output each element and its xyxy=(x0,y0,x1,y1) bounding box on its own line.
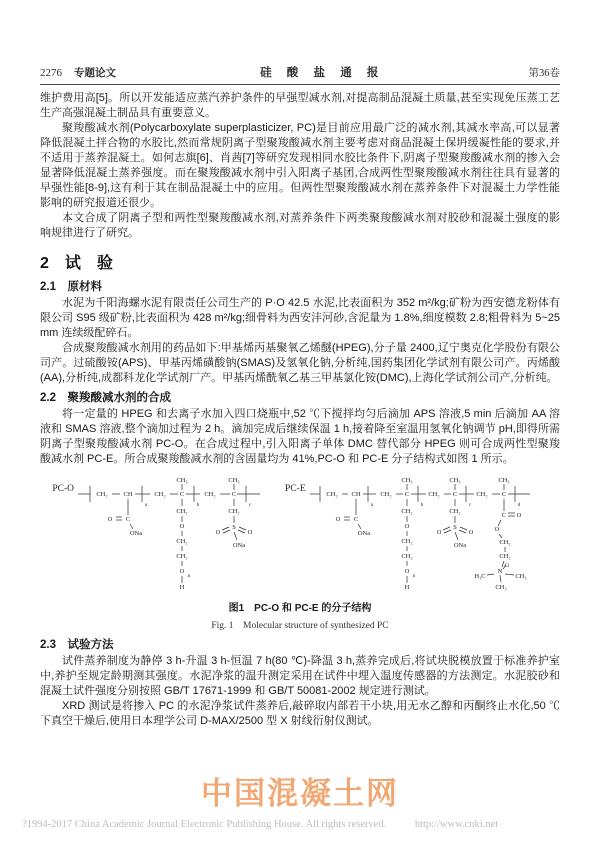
svg-text:CH₂: CH₂ xyxy=(476,491,487,498)
column-title: 专题论文 xyxy=(74,65,116,80)
svg-text:b: b xyxy=(197,503,200,508)
svg-text:H: H xyxy=(180,584,185,591)
article-body: 维护费用高[5]。所以开发能适应蒸汽养护条件的早强型减水剂,对提高制品混凝土质量… xyxy=(40,91,560,729)
svg-text:CH₂: CH₂ xyxy=(228,508,239,515)
structure-label-pc-o: PC-O xyxy=(52,484,74,494)
svg-text:CH₂: CH₂ xyxy=(401,553,412,560)
structure-drawing-pc-e: CH₂CHCH₂CCH₂CCH₂CabcdOCONaCH₃CH₂OCH₂CH₂O… xyxy=(308,475,548,595)
section-2-3-heading: 2.3 试验方法 xyxy=(40,636,560,652)
paragraph-raw-materials: 水泥为千阳海螺水泥有限责任公司生产的 P·O 42.5 水泥,比表面积为 352… xyxy=(40,296,560,341)
svg-text:a: a xyxy=(145,503,148,508)
svg-text:H₃C: H₃C xyxy=(474,573,485,580)
svg-text:O: O xyxy=(216,529,221,536)
svg-text:S: S xyxy=(453,524,457,531)
figure-1: PC-O CH₂CHCH₂CCH₂CabcOCONaCH₃CH₂OCH₂CH₂O… xyxy=(40,475,560,631)
scanned-paper-page: 2276 专题论文 硅 酸 盐 通 报 第36卷 维护费用高[5]。所以开发能适… xyxy=(0,0,600,849)
section-2-heading: 2 试 验 xyxy=(40,250,560,273)
svg-text:C: C xyxy=(232,491,236,498)
page-number: 2276 xyxy=(40,67,62,79)
svg-text:N: N xyxy=(497,568,502,575)
paragraph-test-method: 试件蒸养制度为静停 3 h-升温 3 h-恒温 7 h(80 ℃)-降温 3 h… xyxy=(40,654,560,699)
svg-text:O: O xyxy=(108,516,113,523)
structure-pc-e: PC-E CH₂CHCH₂CCH₂CCH₂CabcdOCONaCH₃CH₂OCH… xyxy=(285,475,548,595)
svg-text:CH: CH xyxy=(351,491,360,498)
svg-text:CH₂: CH₂ xyxy=(326,491,337,498)
svg-text:n: n xyxy=(412,574,415,579)
svg-text:O: O xyxy=(180,523,185,530)
figure-caption-en: Fig. 1 Molecular structure of synthesize… xyxy=(40,617,560,631)
svg-text:S: S xyxy=(232,524,236,531)
svg-text:O: O xyxy=(404,523,409,530)
svg-text:CH₂: CH₂ xyxy=(204,491,215,498)
svg-text:CH₃: CH₃ xyxy=(176,477,187,484)
svg-text:a: a xyxy=(371,503,374,508)
svg-text:c: c xyxy=(249,503,252,508)
svg-text:b: b xyxy=(420,503,423,508)
svg-text:C: C xyxy=(452,491,456,498)
svg-text:CH₂: CH₂ xyxy=(380,491,391,498)
svg-text:O: O xyxy=(180,568,185,575)
svg-text:O: O xyxy=(404,568,409,575)
svg-text:CH₂: CH₂ xyxy=(154,491,165,498)
svg-text:n: n xyxy=(188,574,191,579)
paragraph-synthesis: 将一定量的 HPEG 和去离子水加入四口烧瓶中,52 ℃下搅拌均匀后滴加 APS… xyxy=(40,407,560,467)
paragraph-xrd: XRD 测试是将掺入 PC 的水泥净浆试件蒸养后,敲碎取内部若干小块,用无水乙醇… xyxy=(40,699,560,729)
svg-text:CH₂: CH₂ xyxy=(449,508,460,515)
svg-text:CH₃: CH₃ xyxy=(449,477,460,484)
svg-text:CH₂: CH₂ xyxy=(401,538,412,545)
molecular-structures: PC-O CH₂CHCH₂CCH₂CabcOCONaCH₃CH₂OCH₂CH₂O… xyxy=(40,475,560,595)
volume-label: 第36卷 xyxy=(529,65,561,80)
svg-text:CH₂: CH₂ xyxy=(401,508,412,515)
running-head: 2276 专题论文 硅 酸 盐 通 报 第36卷 xyxy=(40,64,560,85)
svg-text:O: O xyxy=(248,529,253,536)
svg-text:CH₃: CH₃ xyxy=(498,477,509,484)
structure-pc-o: PC-O CH₂CHCH₂CCH₂CabcOCONaCH₃CH₂OCH₂CH₂O… xyxy=(52,475,271,595)
paragraph-intro-pc: 聚羧酸减水剂(Polycarboxylate superplasticizer,… xyxy=(40,121,560,211)
svg-text:O: O xyxy=(436,529,441,536)
section-2-1-heading: 2.1 原材料 xyxy=(40,278,560,294)
svg-text:CH₃: CH₃ xyxy=(515,573,526,580)
svg-text:CH₂: CH₂ xyxy=(499,553,510,560)
svg-text:c: c xyxy=(469,503,472,508)
paragraph-chemicals: 合成聚羧酸减水剂用的药品如下:甲基烯丙基聚氧乙烯醚(HPEG),分子量 2400… xyxy=(40,341,560,386)
svg-text:O: O xyxy=(516,512,521,519)
svg-text:CH₂: CH₂ xyxy=(499,539,510,546)
svg-text:Cl: Cl xyxy=(504,564,509,569)
figure-caption-zh: 图1 PC-O 和 PC-E 的分子结构 xyxy=(40,599,560,614)
svg-text:C: C xyxy=(404,491,408,498)
svg-text:CH₂: CH₂ xyxy=(176,508,187,515)
svg-text:C: C xyxy=(501,491,505,498)
svg-text:CH₃: CH₃ xyxy=(228,477,239,484)
copyright-text: ?1994-2017 China Academic Journal Electr… xyxy=(22,819,386,830)
svg-text:O: O xyxy=(468,529,473,536)
svg-text:d: d xyxy=(517,503,520,508)
svg-text:ONa: ONa xyxy=(453,542,465,549)
paragraph-continuation: 维护费用高[5]。所以开发能适应蒸汽养护条件的早强型减水剂,对提高制品混凝土质量… xyxy=(40,91,560,121)
cnki-url: http://www.cnki.net xyxy=(415,819,498,830)
svg-text:ONa: ONa xyxy=(130,530,142,537)
svg-text:CH₂: CH₂ xyxy=(428,491,439,498)
svg-text:C: C xyxy=(126,516,130,523)
svg-text:C: C xyxy=(353,516,357,523)
structure-label-pc-e: PC-E xyxy=(285,484,306,494)
svg-text:CH₃: CH₃ xyxy=(495,584,506,591)
svg-text:H: H xyxy=(404,584,409,591)
svg-text:O: O xyxy=(494,526,499,533)
svg-text:CH₂: CH₂ xyxy=(96,491,107,498)
svg-text:C: C xyxy=(501,512,505,519)
journal-title: 硅 酸 盐 通 报 xyxy=(116,64,529,80)
svg-text:CH₂: CH₂ xyxy=(176,538,187,545)
paragraph-scope: 本文合成了阴离子型和两性型聚羧酸减水剂,对蒸养条件下两类聚羧酸减水剂对胶砂和混凝… xyxy=(40,211,560,241)
svg-text:CH: CH xyxy=(124,491,133,498)
structure-drawing-pc-o: CH₂CHCH₂CCH₂CabcOCONaCH₃CH₂OCH₂CH₂OnHCH₃… xyxy=(76,475,271,595)
svg-text:CH₂: CH₂ xyxy=(176,553,187,560)
section-2-2-heading: 2.2 聚羧酸减水剂的合成 xyxy=(40,389,560,405)
svg-text:ONa: ONa xyxy=(233,542,245,549)
cnki-watermark: 中国混凝土网 xyxy=(0,768,600,813)
svg-text:CH₃: CH₃ xyxy=(401,477,412,484)
svg-text:C: C xyxy=(180,491,184,498)
svg-text:ONa: ONa xyxy=(357,530,369,537)
svg-text:O: O xyxy=(335,516,340,523)
copyright-footer: ?1994-2017 China Academic Journal Electr… xyxy=(22,819,498,830)
